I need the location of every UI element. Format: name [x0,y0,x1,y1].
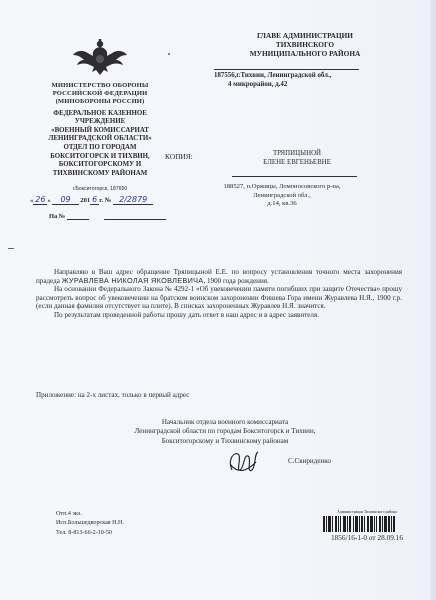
institution-name: ФЕДЕРАЛЬНОЕ КАЗЕННОЕ УЧРЕЖДЕНИЕ «ВОЕННЫЙ… [20,110,180,179]
handwritten-day: 26 [33,195,47,205]
recipient-address: 187556,г.Тихвин, Ленинградской обл., 4 м… [214,72,331,89]
handwritten-year-digit: 6 [90,195,99,205]
sender-organization: МИНИСТЕРСТВО ОБОРОНЫ РОССИЙСКОЙ ФЕДЕРАЦИ… [20,82,180,178]
paragraph-request: Направляю в Ваш адрес обращение Тряпицын… [36,268,402,285]
recipient-divider [214,69,359,70]
copy-label: КОПИЯ: [165,152,193,161]
ref-date-blank [104,212,166,220]
ministry-name: МИНИСТЕРСТВО ОБОРОНЫ РОССИЙСКОЙ ФЕДЕРАЦИ… [20,82,180,107]
scan-mark [168,53,170,55]
copy-recipient-name: ТРЯПИЦЫНОЙ ЕЛЕНЕ ЕВГЕНЬЕВНЕ [237,150,357,167]
scan-mark [8,248,14,249]
handwritten-month: 09 [52,195,78,205]
paragraph-response-request: По результатам проведенной работы прошу … [36,311,402,320]
paragraph-legal-basis: На основании Федерального Закона № 4292-… [36,285,402,311]
outgoing-date-number: «26» 09 2016г. № 2/2879 [30,195,153,204]
handwritten-signature-icon [226,448,260,478]
letter-body: Направляю в Ваш адрес обращение Тряпицын… [36,268,402,319]
signature-title: Начальник отдела военного комиссариата Л… [80,418,370,446]
attachment-note: Приложение: на 2-х листах, только в перв… [36,391,189,399]
executor-info: Отп.4 экз. Исп.Большедворская Н.Н. Тел. … [56,510,124,538]
sender-city: г.Бокситогорск, 187650 [20,186,180,192]
barcode-icon [323,516,411,532]
registration-stamp: Администрация Тихвинского района 1856/16… [312,510,422,542]
copy-recipient-address: 188527, п.Оржицы, Ломоносовского р-на, Л… [207,183,357,209]
recipient-title: ГЛАВЕ АДМИНИСТРАЦИИ ТИХВИНСКОГО МУНИЦИПА… [220,31,390,58]
signer-name: С.Свириденко [288,457,331,465]
handwritten-outgoing-number: 2/2879 [113,195,153,205]
reference-line: На № [49,212,166,220]
person-name: ЖУРАВЛЕВА НИКОЛАЯ ЯКОВЛЕВИЧА [62,276,204,285]
ref-number-blank [67,212,89,220]
page-edge [430,0,436,600]
copy-divider [232,176,357,177]
double-headed-eagle-emblem-icon [72,38,128,78]
